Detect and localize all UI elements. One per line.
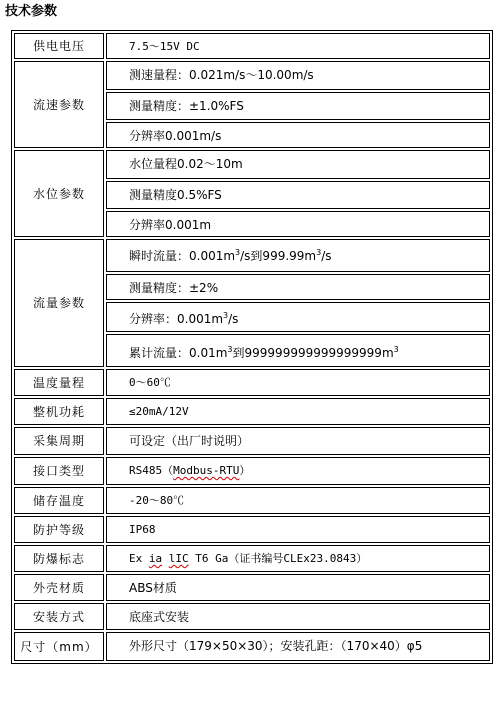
superscript: 3 <box>394 345 399 354</box>
table-row: 流量参数 瞬时流量：0.001m3/s到999.99m3/s <box>14 239 490 272</box>
spellcheck-underline-text: lIC <box>169 552 189 565</box>
water-level-accuracy: 测量精度0.5%FS <box>106 181 490 209</box>
row-label-storage-temperature: 储存温度 <box>14 487 104 514</box>
row-value-temperature-range: 0～60℃ <box>106 369 490 396</box>
spec-table: 供电电压 7.5～15V DC 流速参数 测速量程：0.021m/s～10.00… <box>11 30 493 664</box>
cumulative-flow: 累计流量：0.01m3到999999999999999999m3 <box>106 334 490 367</box>
row-value-power-supply: 7.5～15V DC <box>106 33 490 59</box>
row-label-dimensions: 尺寸（mm） <box>14 632 104 661</box>
flow-accuracy: 测量精度：±2% <box>106 274 490 300</box>
row-label-temperature-range: 温度量程 <box>14 369 104 396</box>
explosion-proof-text <box>162 552 169 565</box>
row-label-explosion-proof: 防爆标志 <box>14 545 104 572</box>
cumulative-flow-text: 累计流量：0.01m <box>129 346 227 360</box>
row-value-power-consumption: ≤20mA/12V <box>106 398 490 425</box>
velocity-range: 测速量程：0.021m/s～10.00m/s <box>106 61 490 90</box>
row-value-interface-type: RS485（Modbus-RTU） <box>106 457 490 485</box>
table-row: 安装方式 底座式安装 <box>14 603 490 630</box>
table-row: 采集周期 可设定（出厂时说明） <box>14 427 490 455</box>
row-label-power-consumption: 整机功耗 <box>14 398 104 425</box>
flow-resolution-text: /s <box>228 312 238 326</box>
instant-flow: 瞬时流量：0.001m3/s到999.99m3/s <box>106 239 490 272</box>
row-label-housing-material: 外壳材质 <box>14 574 104 601</box>
row-label-protection-grade: 防护等级 <box>14 516 104 543</box>
row-value-installation-method: 底座式安装 <box>106 603 490 630</box>
explosion-proof-text: T6 Ga（证书编号CLEx23.0843） <box>189 552 368 565</box>
row-label-installation-method: 安装方式 <box>14 603 104 630</box>
row-label-sampling-period: 采集周期 <box>14 427 104 455</box>
row-value-explosion-proof: Ex ia lIC T6 Ga（证书编号CLEx23.0843） <box>106 545 490 572</box>
row-value-protection-grade: IP68 <box>106 516 490 543</box>
instant-flow-text: /s <box>321 249 331 263</box>
instant-flow-text: 瞬时流量：0.001m <box>129 249 235 263</box>
row-value-storage-temperature: -20～80℃ <box>106 487 490 514</box>
table-row: 防护等级 IP68 <box>14 516 490 543</box>
velocity-resolution: 分辨率0.001m/s <box>106 122 490 148</box>
interface-text: ） <box>239 464 250 477</box>
page-title: 技术参数 <box>5 4 57 20</box>
spellcheck-underline-text: Modbus-RTU <box>173 464 239 477</box>
instant-flow-text: /s到999.99m <box>240 249 316 263</box>
row-label-water-level: 水位参数 <box>14 150 104 237</box>
table-row: 整机功耗 ≤20mA/12V <box>14 398 490 425</box>
cumulative-flow-text: 到999999999999999999m <box>233 346 394 360</box>
water-level-resolution: 分辨率0.001m <box>106 211 490 237</box>
table-row: 接口类型 RS485（Modbus-RTU） <box>14 457 490 485</box>
table-row: 供电电压 7.5～15V DC <box>14 33 490 59</box>
row-label-power-supply: 供电电压 <box>14 33 104 59</box>
table-row: 流速参数 测速量程：0.021m/s～10.00m/s <box>14 61 490 90</box>
row-label-velocity: 流速参数 <box>14 61 104 148</box>
table-row: 外壳材质 ABS材质 <box>14 574 490 601</box>
table-row: 水位参数 水位量程0.02～10m <box>14 150 490 179</box>
row-value-sampling-period: 可设定（出厂时说明） <box>106 427 490 455</box>
water-level-range: 水位量程0.02～10m <box>106 150 490 179</box>
flow-resolution-text: 分辨率：0.001m <box>129 312 223 326</box>
row-label-flow: 流量参数 <box>14 239 104 367</box>
explosion-proof-text: Ex <box>129 552 149 565</box>
table-row: 防爆标志 Ex ia lIC T6 Ga（证书编号CLEx23.0843） <box>14 545 490 572</box>
interface-text: RS485（ <box>129 464 173 477</box>
row-value-housing-material: ABS材质 <box>106 574 490 601</box>
row-value-dimensions: 外形尺寸（179×50×30）；安装孔距：（170×40）φ5 <box>106 632 490 661</box>
table-row: 温度量程 0～60℃ <box>14 369 490 396</box>
velocity-accuracy: 测量精度：±1.0%FS <box>106 92 490 120</box>
table-row: 尺寸（mm） 外形尺寸（179×50×30）；安装孔距：（170×40）φ5 <box>14 632 490 661</box>
row-label-interface-type: 接口类型 <box>14 457 104 485</box>
spellcheck-underline-text: ia <box>149 552 162 565</box>
table-row: 储存温度 -20～80℃ <box>14 487 490 514</box>
flow-resolution: 分辨率：0.001m3/s <box>106 302 490 332</box>
